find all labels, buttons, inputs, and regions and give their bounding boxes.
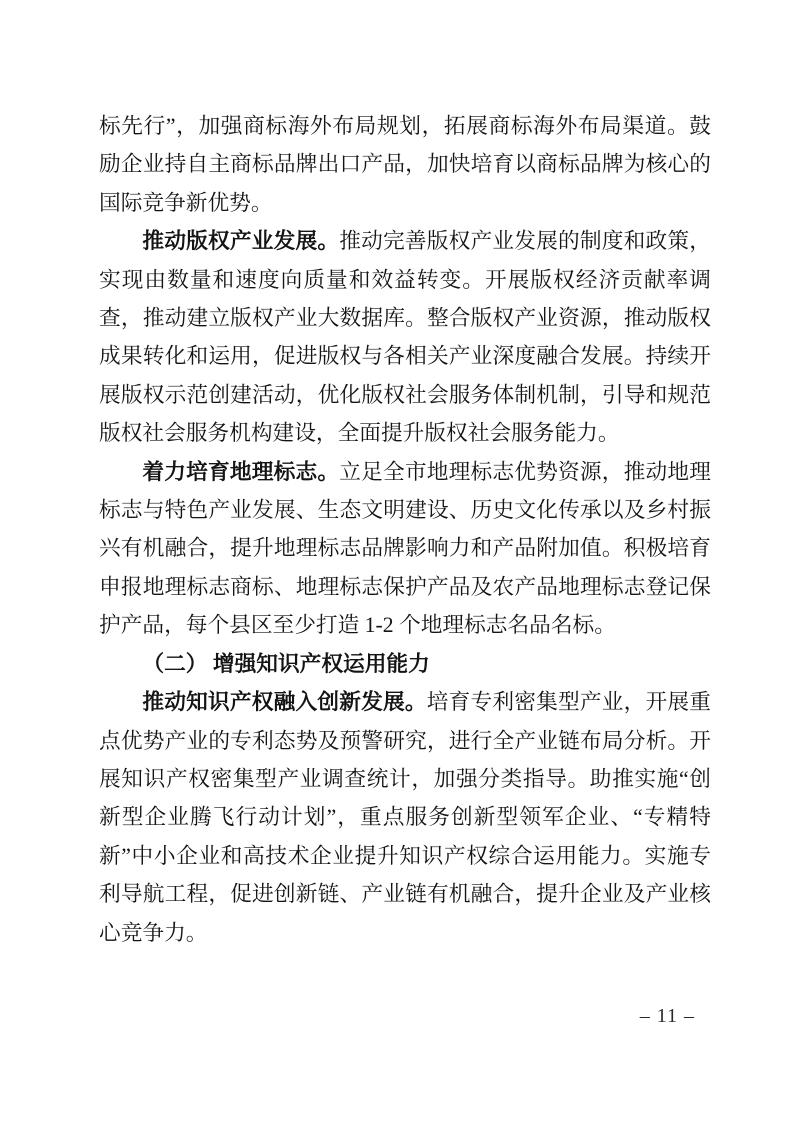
- paragraph-ip-innovation: 推动知识产权融入创新发展。培育专利密集型产业，开展重点优势产业的专利态势及预警研…: [99, 683, 711, 952]
- paragraph-geographical-indications: 着力培育地理标志。立足全市地理标志优势资源，推动地理标志与特色产业发展、生态文明…: [99, 453, 711, 645]
- page-number: – 11 –: [640, 1003, 695, 1029]
- paragraph-lead-bold: 推动版权产业发展。: [142, 229, 339, 253]
- paragraph-text: 标先行”，加强商标海外布局规划，拓展商标海外布局渠道。鼓励企业持自主商标品牌出口…: [99, 114, 711, 215]
- paragraph-continuation: 标先行”，加强商标海外布局规划，拓展商标海外布局渠道。鼓励企业持自主商标品牌出口…: [99, 107, 711, 222]
- section-heading: （二） 增强知识产权运用能力: [99, 645, 711, 683]
- paragraph-text: 培育专利密集型产业，开展重点优势产业的专利态势及预警研究，进行全产业链布局分析。…: [99, 690, 711, 944]
- paragraph-lead-bold: 推动知识产权融入创新发展。: [142, 690, 426, 714]
- paragraph-copyright-industry: 推动版权产业发展。推动完善版权产业发展的制度和政策，实现由数量和速度向质量和效益…: [99, 222, 711, 452]
- document-body: 标先行”，加强商标海外布局规划，拓展商标海外布局渠道。鼓励企业持自主商标品牌出口…: [99, 107, 711, 952]
- document-page: 标先行”，加强商标海外布局规划，拓展商标海外布局渠道。鼓励企业持自主商标品牌出口…: [0, 0, 793, 1122]
- paragraph-lead-bold: 着力培育地理标志。: [142, 460, 339, 484]
- paragraph-text: 推动完善版权产业发展的制度和政策，实现由数量和速度向质量和效益转变。开展版权经济…: [99, 229, 711, 445]
- paragraph-text: 立足全市地理标志优势资源，推动地理标志与特色产业发展、生态文明建设、历史文化传承…: [99, 460, 711, 638]
